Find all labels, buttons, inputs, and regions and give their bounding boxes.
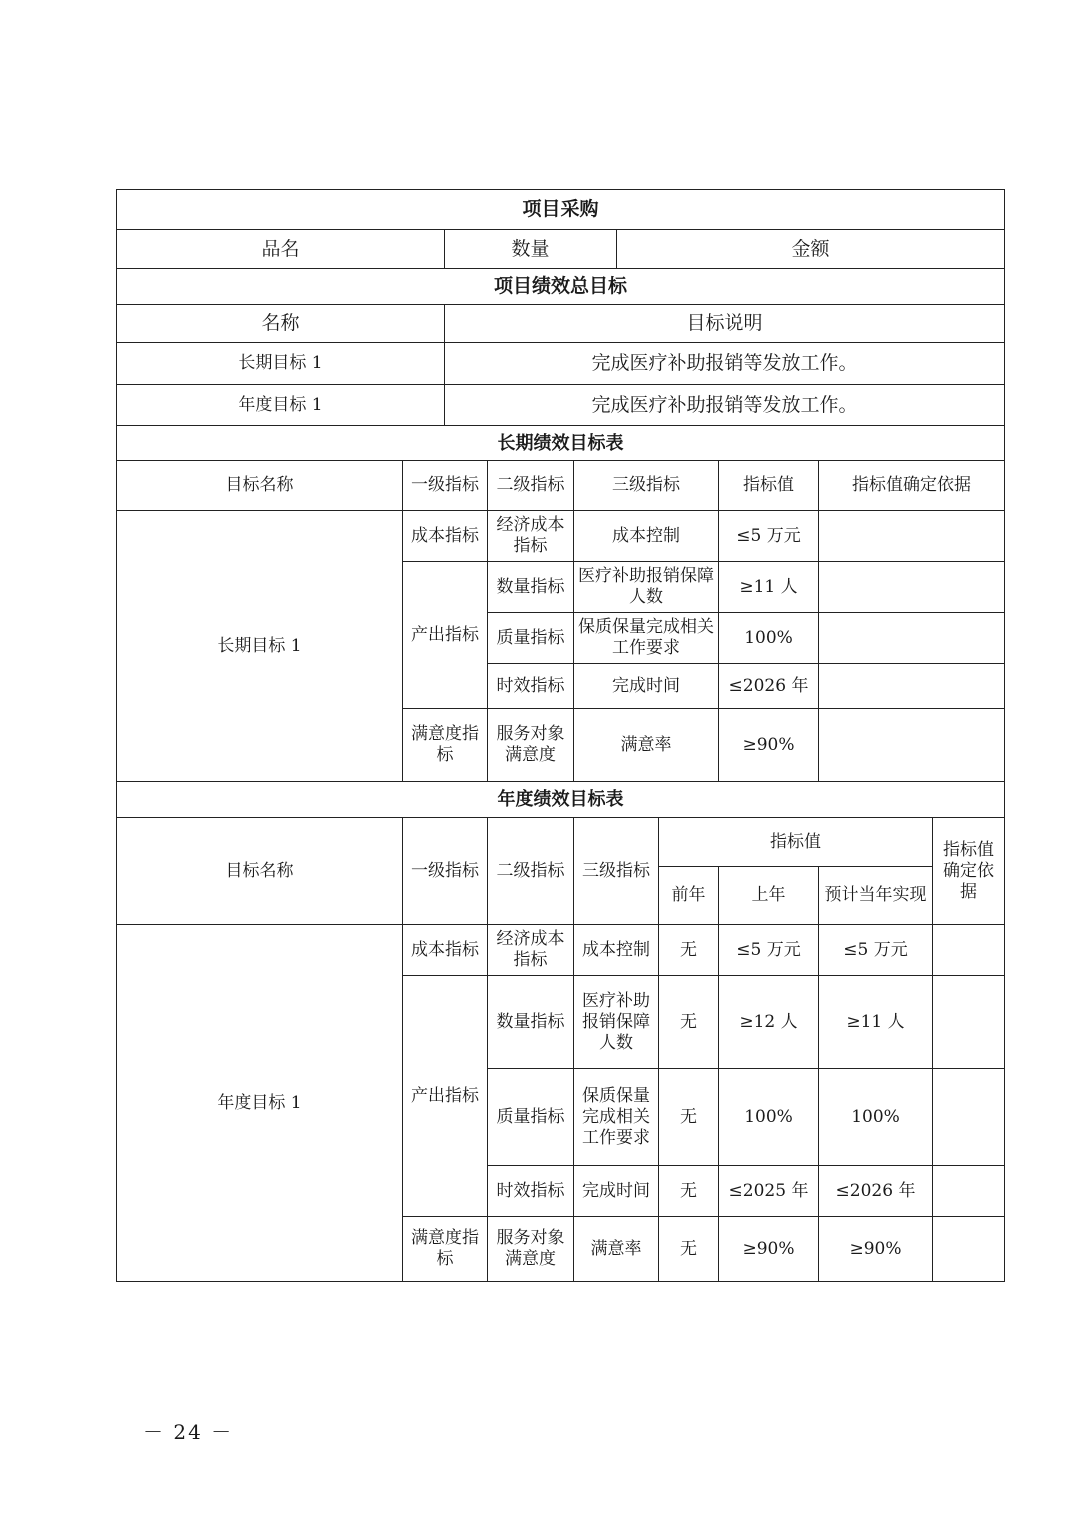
procurement-title: 项目采购 — [117, 190, 1005, 230]
level3: 完成时间 — [574, 1166, 659, 1217]
prev2: 无 — [659, 1217, 719, 1282]
prev2: 无 — [659, 976, 719, 1069]
table-row: 长期目标 1 成本指标 经济成本指标 成本控制 ≤5 万元 — [117, 511, 1005, 562]
header-level1: 一级指标 — [403, 818, 488, 925]
basis — [819, 511, 1005, 562]
header-goal-name: 目标名称 — [117, 461, 403, 511]
value: ≤5 万元 — [719, 511, 819, 562]
level1: 满意度指标 — [403, 1217, 488, 1282]
level3: 满意率 — [574, 1217, 659, 1282]
header-value: 指标值 — [719, 461, 819, 511]
level3: 成本控制 — [574, 925, 659, 976]
overall-goal-title: 项目绩效总目标 — [117, 269, 1005, 305]
level2: 服务对象满意度 — [488, 1217, 574, 1282]
level2: 服务对象满意度 — [488, 709, 574, 782]
basis — [933, 1166, 1005, 1217]
expected: ≥90% — [819, 1217, 933, 1282]
header-item-name: 品名 — [117, 230, 445, 269]
goal-name: 年度目标 1 — [117, 385, 445, 426]
level3: 成本控制 — [574, 511, 719, 562]
header-goal-desc: 目标说明 — [445, 305, 1005, 343]
basis — [933, 1069, 1005, 1166]
basis — [933, 976, 1005, 1069]
basis — [933, 925, 1005, 976]
basis — [819, 562, 1005, 613]
header-level1: 一级指标 — [403, 461, 488, 511]
header-level2: 二级指标 — [488, 818, 574, 925]
value: 100% — [719, 613, 819, 664]
goal-name: 长期目标 1 — [117, 511, 403, 782]
prev2: 无 — [659, 1069, 719, 1166]
level3: 满意率 — [574, 709, 719, 782]
level2: 时效指标 — [488, 664, 574, 709]
annual-table: 年度绩效目标表 目标名称 一级指标 二级指标 三级指标 指标值 指标值确定依据 … — [116, 781, 1005, 1282]
prev2: 无 — [659, 1166, 719, 1217]
header-goal-name: 目标名称 — [117, 818, 403, 925]
header-level3: 三级指标 — [574, 461, 719, 511]
goal-name: 年度目标 1 — [117, 925, 403, 1282]
value: ≥11 人 — [719, 562, 819, 613]
basis — [933, 1217, 1005, 1282]
basis — [819, 613, 1005, 664]
long-term-table: 长期绩效目标表 目标名称 一级指标 二级指标 三级指标 指标值 指标值确定依据 … — [116, 425, 1005, 782]
expected: ≥11 人 — [819, 976, 933, 1069]
header-prev2: 前年 — [659, 867, 719, 925]
level3: 医疗补助报销保障人数 — [574, 976, 659, 1069]
goal-desc: 完成医疗补助报销等发放工作。 — [445, 385, 1005, 426]
page-number: － 24 － — [143, 1416, 233, 1445]
header-amount: 金额 — [617, 230, 1005, 269]
level2: 数量指标 — [488, 562, 574, 613]
expected: 100% — [819, 1069, 933, 1166]
level2: 质量指标 — [488, 1069, 574, 1166]
header-name: 名称 — [117, 305, 445, 343]
header-quantity: 数量 — [445, 230, 617, 269]
level3: 保质保量完成相关工作要求 — [574, 613, 719, 664]
table-row: 年度目标 1 成本指标 经济成本指标 成本控制 无 ≤5 万元 ≤5 万元 — [117, 925, 1005, 976]
prev1: ≤5 万元 — [719, 925, 819, 976]
prev2: 无 — [659, 925, 719, 976]
procurement-and-goal-table: 项目采购 品名 数量 金额 项目绩效总目标 名称 目标说明 长期目标 1 完成医… — [116, 189, 1005, 426]
annual-title: 年度绩效目标表 — [117, 782, 1005, 818]
prev1: 100% — [719, 1069, 819, 1166]
header-level2: 二级指标 — [488, 461, 574, 511]
header-level3: 三级指标 — [574, 818, 659, 925]
prev1: ≥12 人 — [719, 976, 819, 1069]
level2: 经济成本指标 — [488, 925, 574, 976]
header-expected: 预计当年实现 — [819, 867, 933, 925]
level1: 产出指标 — [403, 562, 488, 709]
expected: ≤5 万元 — [819, 925, 933, 976]
level2: 质量指标 — [488, 613, 574, 664]
value: ≥90% — [719, 709, 819, 782]
basis — [819, 664, 1005, 709]
header-value-group: 指标值 — [659, 818, 933, 867]
goal-name: 长期目标 1 — [117, 343, 445, 385]
prev1: ≥90% — [719, 1217, 819, 1282]
value: ≤2026 年 — [719, 664, 819, 709]
goal-desc: 完成医疗补助报销等发放工作。 — [445, 343, 1005, 385]
prev1: ≤2025 年 — [719, 1166, 819, 1217]
header-prev1: 上年 — [719, 867, 819, 925]
level2: 时效指标 — [488, 1166, 574, 1217]
level1: 产出指标 — [403, 976, 488, 1217]
expected: ≤2026 年 — [819, 1166, 933, 1217]
level3: 完成时间 — [574, 664, 719, 709]
level2: 数量指标 — [488, 976, 574, 1069]
level2: 经济成本指标 — [488, 511, 574, 562]
header-basis: 指标值确定依据 — [933, 818, 1005, 925]
level3: 医疗补助报销保障人数 — [574, 562, 719, 613]
level3: 保质保量完成相关工作要求 — [574, 1069, 659, 1166]
level1: 成本指标 — [403, 925, 488, 976]
document-page: 项目采购 品名 数量 金额 项目绩效总目标 名称 目标说明 长期目标 1 完成医… — [0, 0, 1074, 1520]
long-term-title: 长期绩效目标表 — [117, 426, 1005, 461]
header-basis: 指标值确定依据 — [819, 461, 1005, 511]
level1: 成本指标 — [403, 511, 488, 562]
level1: 满意度指标 — [403, 709, 488, 782]
basis — [819, 709, 1005, 782]
